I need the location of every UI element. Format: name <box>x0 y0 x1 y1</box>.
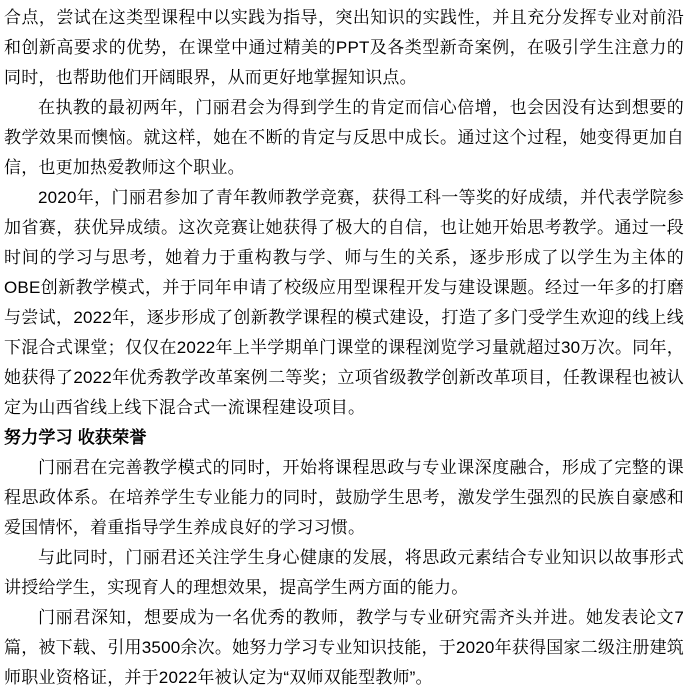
paragraph-research-achievements: 门丽君深知，想要成为一名优秀的教师，教学与专业研究需齐头并进。她发表论文7篇，被… <box>4 603 684 692</box>
paragraph-teaching-practice: 合点，尝试在这类型课程中以实践为指导，突出知识的实践性，并且充分发挥专业对前沿和… <box>4 3 684 93</box>
paragraph-competition-2020: 2020年，门丽君参加了青年教师教学竞赛，获得工科一等奖的好成绩，并代表学院参加… <box>4 183 684 423</box>
document-body: 合点，尝试在这类型课程中以实践为指导，突出知识的实践性，并且充分发挥专业对前沿和… <box>0 0 689 692</box>
paragraph-student-wellbeing: 与此同时，门丽君还关注学生身心健康的发展，将思政元素结合专业知识以故事形式讲授给… <box>4 543 684 603</box>
section-heading-study-honors: 努力学习 收获荣誉 <box>4 423 684 453</box>
paragraph-curriculum-ideology: 门丽君在完善教学模式的同时，开始将课程思政与专业课深度融合，形成了完整的课程思政… <box>4 453 684 543</box>
paragraph-first-years: 在执教的最初两年，门丽君会为得到学生的肯定而信心倍增，也会因没有达到想要的教学效… <box>4 93 684 183</box>
